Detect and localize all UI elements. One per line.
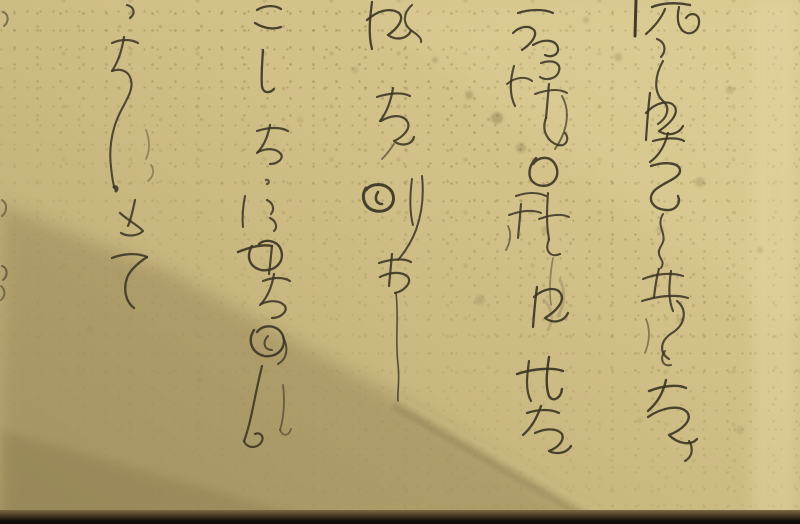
brush-stroke	[257, 128, 288, 131]
brush-stroke	[376, 192, 382, 204]
brush-stroke	[146, 130, 149, 159]
foxing-spot	[491, 112, 503, 124]
brush-stroke	[635, 0, 636, 36]
brush-stroke	[529, 158, 557, 186]
brush-stroke	[261, 301, 286, 318]
brush-stroke	[258, 149, 282, 164]
brush-stroke	[527, 361, 531, 401]
brush-stroke	[527, 410, 559, 413]
photo-bottom-edge	[0, 510, 800, 524]
brush-stroke	[363, 185, 393, 212]
brush-stroke	[648, 380, 666, 411]
brush-stroke	[396, 293, 399, 401]
brush-stroke	[509, 211, 541, 215]
brush-stroke	[516, 193, 546, 196]
foxing-spot	[726, 86, 734, 94]
foxing-spot	[432, 57, 438, 63]
brush-stroke	[506, 226, 510, 250]
brush-stroke	[267, 200, 273, 214]
brush-stroke	[518, 204, 521, 238]
brush-stroke	[270, 218, 276, 231]
brush-stroke	[547, 357, 562, 399]
brush-stroke	[517, 369, 563, 374]
foxing-spot	[475, 295, 485, 305]
brush-stroke	[3, 12, 8, 26]
brush-stroke	[379, 259, 411, 263]
brush-stroke	[669, 271, 673, 311]
paper-highlight-topright	[360, 0, 800, 340]
foxing-spot	[297, 117, 303, 123]
foxing-spot	[465, 91, 473, 99]
brush-stroke	[257, 6, 281, 10]
brush-stroke	[238, 245, 272, 252]
brush-stroke	[243, 196, 245, 227]
foxing-spot	[197, 377, 203, 383]
brush-stroke	[112, 40, 138, 43]
brush-stroke	[255, 23, 281, 28]
brush-stroke	[550, 258, 553, 305]
brush-stroke	[382, 144, 394, 159]
brush-stroke	[643, 274, 683, 279]
brush-stroke	[649, 386, 686, 391]
brush-stroke	[654, 269, 659, 297]
brush-stroke	[648, 408, 697, 444]
brush-stroke	[533, 287, 537, 327]
foxing-spot	[583, 17, 589, 23]
foxing-spot	[352, 67, 358, 73]
brush-stroke	[148, 165, 153, 181]
brush-stroke	[380, 273, 409, 293]
foxing-spot	[614, 53, 622, 61]
foxing-spot	[637, 417, 643, 423]
brush-stroke	[389, 254, 392, 286]
brush-stroke	[110, 70, 131, 189]
brush-stroke	[127, 5, 134, 18]
brush-stroke	[535, 429, 571, 453]
brush-stroke	[539, 215, 569, 219]
calligraphy-layer	[0, 0, 800, 524]
foxing-spot	[757, 247, 763, 253]
brush-stroke	[262, 50, 274, 92]
brush-stroke	[642, 296, 688, 301]
brush-stroke	[547, 240, 560, 255]
foxing-spot	[695, 177, 705, 187]
foxing-spot	[516, 143, 526, 153]
paper-edge-highlight-right	[752, 0, 796, 524]
brush-stroke	[377, 93, 410, 97]
foxing-spot	[736, 426, 744, 434]
foxing-spot	[87, 327, 93, 333]
calligraphy-column-3	[363, 2, 422, 401]
brush-stroke	[263, 278, 290, 281]
brush-stroke	[645, 319, 649, 353]
brush-stroke	[410, 179, 413, 225]
brush-stroke	[370, 2, 372, 49]
manuscript-photo	[0, 0, 800, 524]
brush-stroke	[266, 180, 269, 184]
